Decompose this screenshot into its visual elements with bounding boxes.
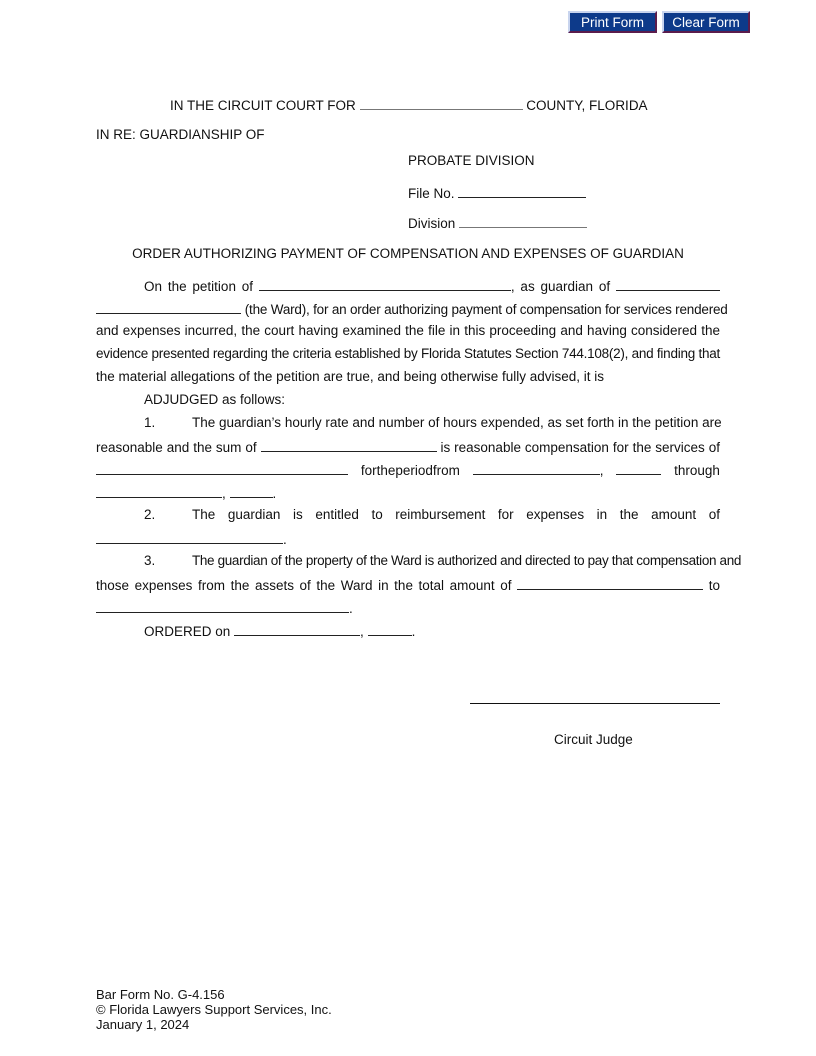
clear-form-button[interactable]: Clear Form: [662, 11, 750, 33]
petitioner-field[interactable]: [259, 277, 511, 291]
item1-line1: The guardian’s hourly rate and number of…: [192, 415, 720, 430]
expenses-amount-field[interactable]: [96, 530, 283, 544]
text: The guardian’s hourly rate and number of…: [192, 415, 722, 430]
ward-field-1[interactable]: [616, 277, 720, 291]
county-field[interactable]: [360, 96, 523, 110]
text: reasonable and the sum of: [96, 440, 257, 455]
item3-line1: The guardian of the property of the Ward…: [192, 553, 720, 568]
payee-field[interactable]: [96, 599, 349, 613]
item2-number: 2.: [144, 507, 155, 522]
adjudged-label: ADJUDGED as follows:: [144, 392, 285, 407]
text: and expenses incurred, the court having …: [96, 323, 720, 338]
text: ,: [222, 486, 226, 501]
text: The guardian is entitled to reimbursemen…: [192, 507, 720, 522]
file-no-label: File No.: [408, 186, 455, 201]
period-from-date-field[interactable]: [473, 461, 600, 475]
text: from: [433, 463, 460, 478]
form-footer: Bar Form No. G-4.156 © Florida Lawyers S…: [96, 987, 332, 1032]
p1-line1: On the petition of , as guardian of: [144, 277, 720, 294]
text: (the Ward), for an order authorizing pay…: [245, 302, 728, 317]
p1-line2: (the Ward), for an order authorizing pay…: [96, 300, 720, 317]
text: .: [349, 601, 353, 616]
ordered-date-field[interactable]: [234, 622, 360, 636]
text: to: [709, 578, 720, 593]
text: through: [674, 463, 720, 478]
court-suffix: COUNTY, FLORIDA: [526, 98, 647, 113]
document-title: ORDER AUTHORIZING PAYMENT OF COMPENSATIO…: [0, 246, 816, 261]
period-from-year-field[interactable]: [616, 461, 661, 475]
text: , as guardian of: [511, 279, 610, 294]
text: .: [273, 486, 277, 501]
item2-line1: The guardian is entitled to reimbursemen…: [192, 507, 720, 522]
p1-line5: the material allegations of the petition…: [96, 369, 720, 384]
text: those expenses from the assets of the Wa…: [96, 578, 512, 593]
file-no-row: File No.: [408, 184, 586, 201]
court-prefix: IN THE CIRCUIT COURT FOR: [170, 98, 356, 113]
p1-line4: evidence presented regarding the criteri…: [96, 346, 720, 361]
item3-number: 3.: [144, 553, 155, 568]
p1-line3: and expenses incurred, the court having …: [96, 323, 720, 338]
item1-line3: fortheperiodfrom , through: [96, 461, 720, 478]
text: the material allegations of the petition…: [96, 369, 604, 384]
item1-number: 1.: [144, 415, 155, 430]
division-field[interactable]: [459, 214, 587, 228]
in-re-label: IN RE: GUARDIANSHIP OF: [96, 127, 265, 142]
print-form-button[interactable]: Print Form: [568, 11, 657, 33]
circuit-judge-label: Circuit Judge: [554, 732, 633, 747]
court-header: IN THE CIRCUIT COURT FOR COUNTY, FLORIDA: [170, 96, 648, 113]
period-through-date-field[interactable]: [96, 484, 222, 498]
probate-division-label: PROBATE DIVISION: [408, 153, 535, 168]
text: .: [412, 624, 416, 639]
total-amount-field[interactable]: [517, 576, 703, 590]
text: On the petition of: [144, 279, 253, 294]
ordered-year-field[interactable]: [368, 622, 412, 636]
text: ,: [600, 463, 604, 478]
text: ,: [360, 624, 364, 639]
item2-line2: .: [96, 530, 720, 547]
copyright: © Florida Lawyers Support Services, Inc.: [96, 1002, 332, 1017]
division-label: Division: [408, 216, 455, 231]
item3-line2: those expenses from the assets of the Wa…: [96, 576, 720, 593]
text: is reasonable compensation for the servi…: [440, 440, 720, 455]
guardian-name-field[interactable]: [96, 461, 348, 475]
judge-signature-line[interactable]: [470, 703, 720, 704]
form-number: Bar Form No. G-4.156: [96, 987, 332, 1002]
item1-line4: , .: [96, 484, 720, 501]
ordered-label: ORDERED on: [144, 624, 230, 639]
period-through-year-field[interactable]: [230, 484, 273, 498]
text: evidence presented regarding the criteri…: [96, 346, 720, 361]
ordered-row: ORDERED on , .: [144, 622, 415, 639]
division-row: Division: [408, 214, 587, 231]
compensation-amount-field[interactable]: [261, 438, 437, 452]
file-no-field[interactable]: [458, 184, 586, 198]
text: The guardian of the property of the Ward…: [192, 553, 741, 568]
form-date: January 1, 2024: [96, 1017, 332, 1032]
item3-line3: .: [96, 599, 720, 616]
item1-line2: reasonable and the sum of is reasonable …: [96, 438, 720, 455]
text: .: [283, 532, 287, 547]
ward-field-2[interactable]: [96, 300, 241, 314]
